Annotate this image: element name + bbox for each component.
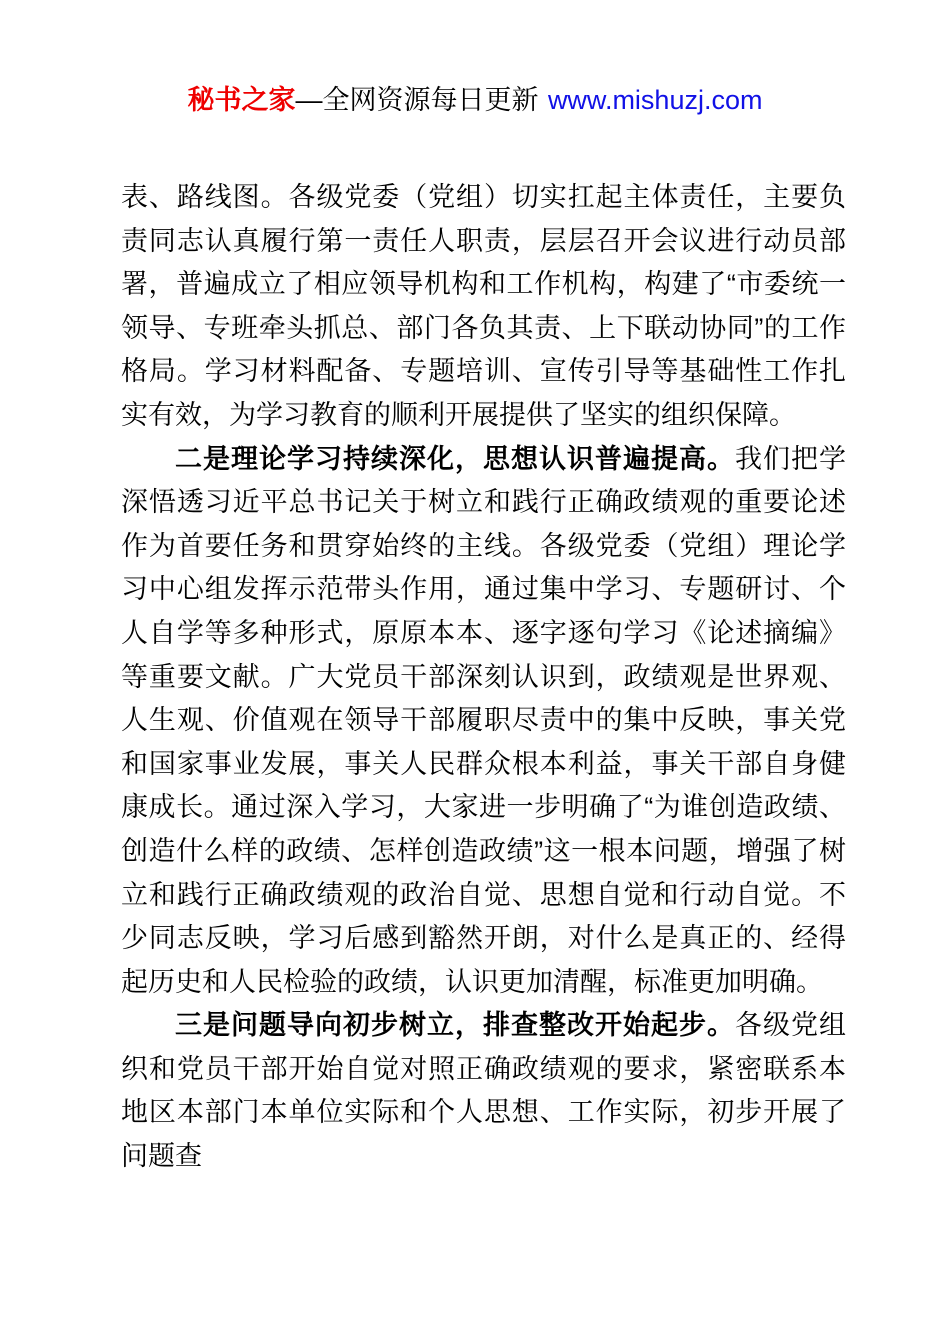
document-page: 秘书之家—全网资源每日更新www.mishuzj.com 表、路线图。各级党委（…	[0, 0, 950, 1344]
paragraph-1-text: 表、路线图。各级党委（党组）切实扛起主体责任，主要负责同志认真履行第一责任人职责…	[121, 182, 846, 430]
site-tagline: —全网资源每日更新	[296, 85, 539, 115]
site-url-link[interactable]: www.mishuzj.com	[548, 85, 763, 115]
paragraph-3: 三是问题导向初步树立，排查整改开始起步。各级党组织和党员干部开始自觉对照正确政绩…	[121, 1004, 846, 1178]
paragraph-2: 二是理论学习持续深化，思想认识普遍提高。我们把学深悟透习近平总书记关于树立和践行…	[121, 438, 846, 1005]
document-body: 表、路线图。各级党委（党组）切实扛起主体责任，主要负责同志认真履行第一责任人职责…	[121, 176, 846, 1179]
paragraph-2-lead: 二是理论学习持续深化，思想认识普遍提高。	[175, 444, 735, 474]
site-name: 秘书之家	[188, 85, 296, 115]
paragraph-2-text: 我们把学深悟透习近平总书记关于树立和践行正确政绩观的重要论述作为首要任务和贯穿始…	[121, 444, 846, 997]
paragraph-3-lead: 三是问题导向初步树立，排查整改开始起步。	[175, 1010, 735, 1040]
paragraph-1: 表、路线图。各级党委（党组）切实扛起主体责任，主要负责同志认真履行第一责任人职责…	[121, 176, 846, 438]
site-header: 秘书之家—全网资源每日更新www.mishuzj.com	[0, 84, 950, 116]
